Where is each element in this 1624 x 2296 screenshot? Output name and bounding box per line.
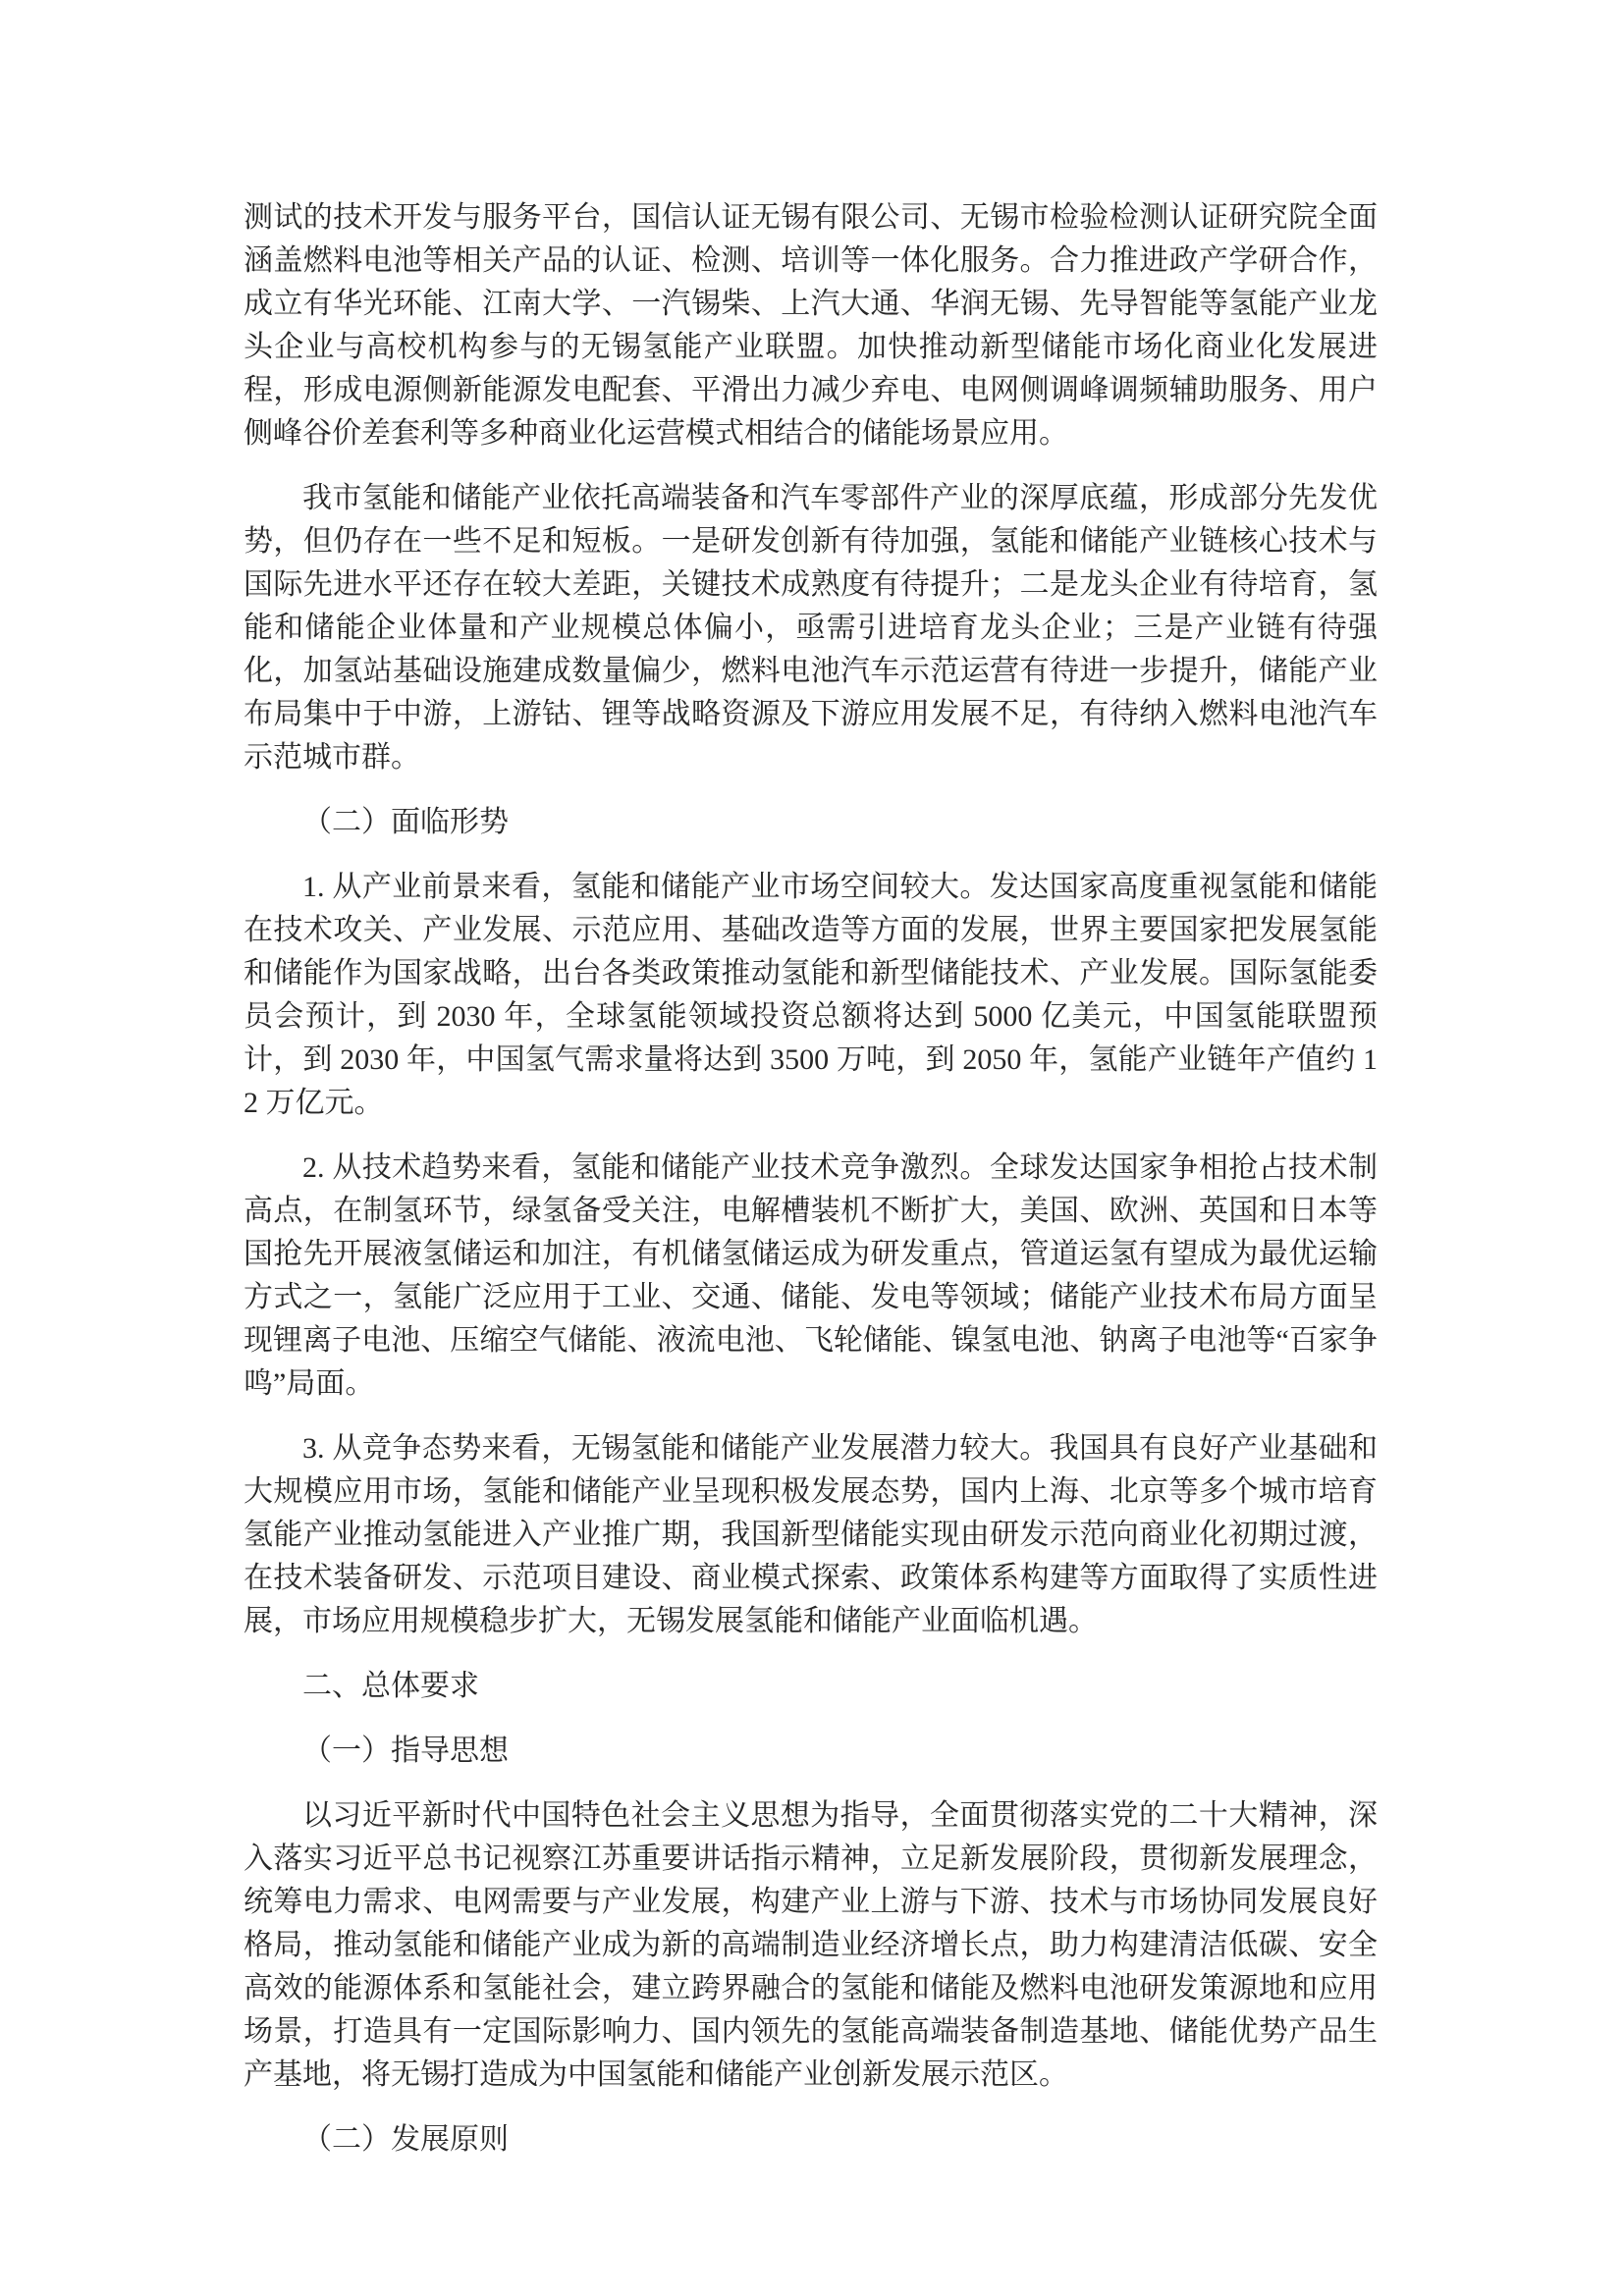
section-heading-facing-situation: （二）面临形势 [244, 801, 1378, 844]
paragraph: 2. 从技术趋势来看，氢能和储能产业技术竞争激烈。全球发达国家争相抢占技术制高点… [244, 1147, 1378, 1406]
paragraph: 我市氢能和储能产业依托高端装备和汽车零部件产业的深厚底蕴，形成部分先发优势，但仍… [244, 477, 1378, 779]
paragraph: 以习近平新时代中国特色社会主义思想为指导，全面贯彻落实党的二十大精神，深入落实习… [244, 1794, 1378, 2097]
document-content: 测试的技术开发与服务平台，国信认证无锡有限公司、无锡市检验检测认证研究院全面涵盖… [244, 196, 1378, 2183]
section-heading-guiding-ideology: （一）指导思想 [244, 1730, 1378, 1773]
section-heading-development-principles: （二）发展原则 [244, 2118, 1378, 2162]
paragraph-continuation: 测试的技术开发与服务平台，国信认证无锡有限公司、无锡市检验检测认证研究院全面涵盖… [244, 196, 1378, 455]
document-page: 测试的技术开发与服务平台，国信认证无锡有限公司、无锡市检验检测认证研究院全面涵盖… [0, 0, 1624, 2296]
paragraph: 3. 从竞争态势来看，无锡氢能和储能产业发展潜力较大。我国具有良好产业基础和大规… [244, 1427, 1378, 1643]
section-heading-overall-requirements: 二、总体要求 [244, 1665, 1378, 1708]
paragraph: 1. 从产业前景来看，氢能和储能产业市场空间较大。发达国家高度重视氢能和储能在技… [244, 866, 1378, 1125]
